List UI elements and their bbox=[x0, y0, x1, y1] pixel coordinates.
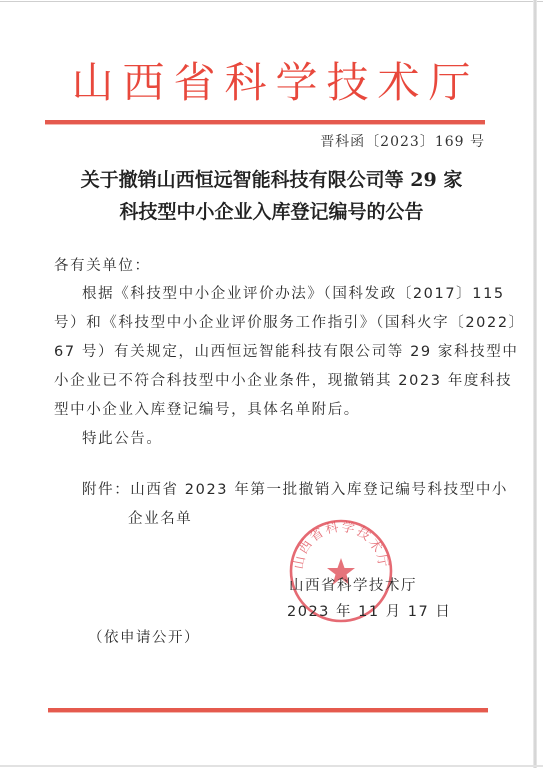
paragraph-line: 型中小企业入库登记编号，具体名单附后。 bbox=[54, 396, 360, 425]
page-edge-right bbox=[533, 0, 537, 768]
header-red-rule bbox=[45, 120, 485, 125]
closing-statement: 特此公告。 bbox=[82, 425, 163, 454]
notice-title-line-1: 关于撤销山西恒远智能科技有限公司等 29 家 bbox=[0, 164, 543, 196]
page-edge-bottom bbox=[0, 765, 543, 767]
paragraph-line: 67 号）有关规定，山西恒远智能科技有限公司等 29 家科技型中 bbox=[54, 338, 518, 367]
notice-title-line-2: 科技型中小企业入库登记编号的公告 bbox=[0, 196, 543, 228]
issue-date: 2023 年 11 月 17 日 bbox=[287, 600, 451, 621]
document-number: 晋科函〔2023〕169 号 bbox=[320, 131, 485, 151]
issuer-signature: 山西省科学技术厅 bbox=[289, 574, 417, 595]
salutation: 各有关单位： bbox=[54, 252, 494, 281]
page-edge-top bbox=[0, 1, 543, 2]
agency-masthead: 山西省科学技术厅 bbox=[0, 58, 543, 108]
paragraph-line: 根据《科技型中小企业评价办法》（国科发政〔2017〕115 bbox=[82, 280, 505, 309]
paragraph-line: 号）和《科技型中小企业评价服务工作指引》（国科火字〔2022〕 bbox=[54, 309, 525, 338]
attachment-line-2: 企业名单 bbox=[128, 505, 192, 534]
footer-red-rule bbox=[48, 708, 488, 713]
attachment-line-1: 附件：山西省 2023 年第一批撤销入库登记编号科技型中小 bbox=[82, 476, 508, 505]
disclosure-note: （依申请公开） bbox=[88, 626, 200, 647]
paragraph-line: 小企业已不符合科技型中小企业条件，现撤销其 2023 年度科技 bbox=[54, 367, 512, 396]
